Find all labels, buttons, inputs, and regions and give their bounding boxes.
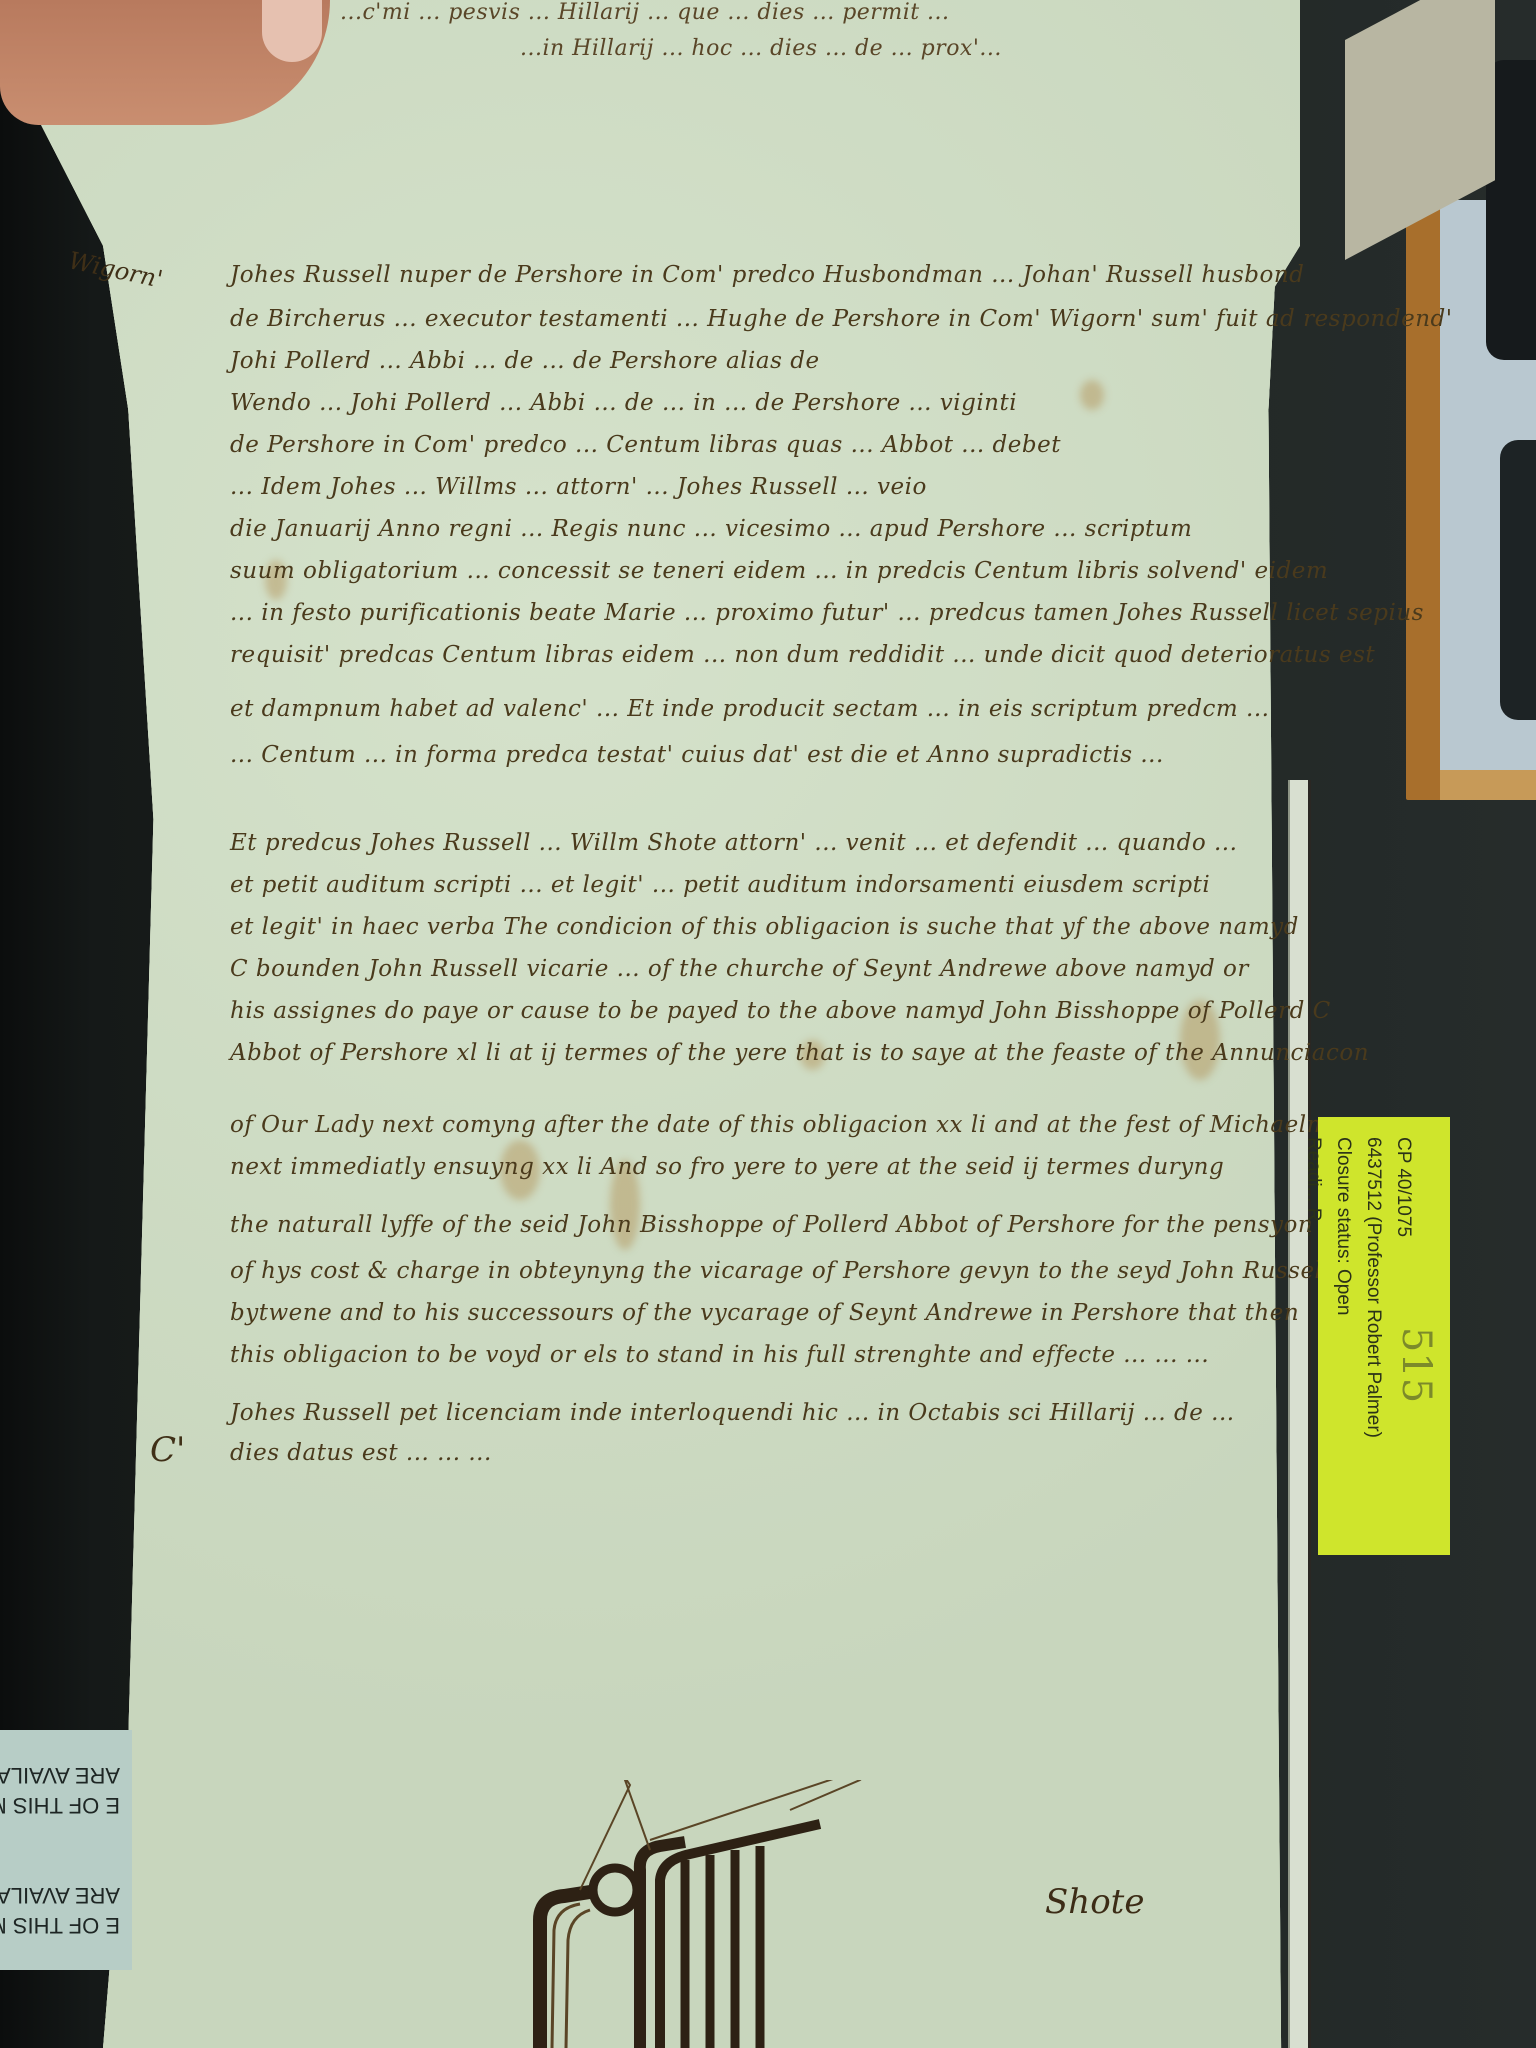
manuscript-line: Johes Russell pet licenciam inde interlo… (230, 1400, 1235, 1426)
manuscript-line: ... Centum ... in forma predca testat' c… (230, 742, 1164, 768)
manuscript-line: the naturall lyffe of the seid John Biss… (230, 1212, 1313, 1238)
manuscript-line: de Pershore in Com' predco ... Centum li… (230, 432, 1061, 458)
pen-flourish-drawing (520, 1780, 940, 2048)
manuscript-line: bytwene and to his successours of the vy… (230, 1300, 1299, 1326)
manuscript-line: suum obligatorium ... concessit se tener… (230, 558, 1328, 584)
notice-line: E OF THIS MARK (0, 1910, 120, 1940)
notice-line: ARE AVAILABLE F (0, 1880, 120, 1910)
reversed-notice-label: E OF THIS MARK ARE AVAILABLE F E OF THIS… (0, 1730, 132, 1970)
pencil-number: 515 (1393, 1327, 1439, 1403)
stain (1080, 380, 1104, 410)
tray-weight-bottom (1500, 440, 1536, 720)
manuscript-line: C bounden John Russell vicarie ... of th… (230, 956, 1249, 982)
margin-mark: C' (150, 1430, 185, 1470)
label-partial-line: Readi... R... (1298, 1137, 1328, 1438)
curled-top-line-2: ...in Hillarij ... hoc ... dies ... de .… (520, 36, 1002, 61)
spacer (0, 1820, 120, 1880)
manuscript-line: et petit auditum scripti ... et legit' .… (230, 872, 1210, 898)
manuscript-line: Johi Pollerd ... Abbi ... de ... de Pers… (230, 348, 820, 374)
manuscript-line: Johes Russell nuper de Pershore in Com' … (230, 262, 1304, 288)
archive-reference-label: CP 40/1075 6437512 (Professor Robert Pal… (1318, 1117, 1450, 1555)
manuscript-line: die Januarij Anno regni ... Regis nunc .… (230, 516, 1192, 542)
manuscript-line: Abbot of Pershore xl li at ij termes of … (230, 1040, 1369, 1066)
manuscript-line: et legit' in haec verba The condicion of… (230, 914, 1299, 940)
signature-shote: Shote (1045, 1882, 1144, 1922)
manuscript-line: et dampnum habet ad valenc' ... Et inde … (230, 696, 1269, 722)
closure-status: Closure status: Open (1328, 1137, 1358, 1438)
manuscript-line: next immediatly ensuyng xx li And so fro… (230, 1154, 1224, 1180)
manuscript-line: Wendo ... Johi Pollerd ... Abbi ... de .… (230, 390, 1017, 416)
manuscript-line: dies datus est ... ... ... (230, 1440, 492, 1466)
manuscript-line: de Bircherus ... executor testamenti ...… (230, 306, 1453, 332)
manuscript-line: of hys cost & charge in obteynyng the vi… (230, 1258, 1330, 1284)
manuscript-line: ... Idem Johes ... Willms ... attorn' ..… (230, 474, 927, 500)
requester-id: 6437512 (Professor Robert Palmer) (1358, 1137, 1388, 1438)
manuscript-line: ... in festo purificationis beate Marie … (230, 600, 1424, 626)
manuscript-line: requisit' predcas Centum libras eidem ..… (230, 642, 1375, 668)
notice-line: ARE AVAILABLE F (0, 1760, 120, 1790)
label-text: E OF THIS MARK ARE AVAILABLE F E OF THIS… (0, 1760, 120, 1940)
tray-edge (1440, 770, 1536, 800)
curled-top-line-1: ...c'mi ... pesvis ... Hillarij ... que … (340, 0, 950, 25)
fingernail (262, 0, 322, 62)
manuscript-line: of Our Lady next comyng after the date o… (230, 1112, 1355, 1138)
manuscript-line: his assignes do paye or cause to be paye… (230, 998, 1331, 1024)
manuscript-line: this obligacion to be voyd or els to sta… (230, 1342, 1209, 1368)
notice-line: E OF THIS MARKI (0, 1790, 120, 1820)
manuscript-line: Et predcus Johes Russell ... Willm Shote… (230, 830, 1237, 856)
